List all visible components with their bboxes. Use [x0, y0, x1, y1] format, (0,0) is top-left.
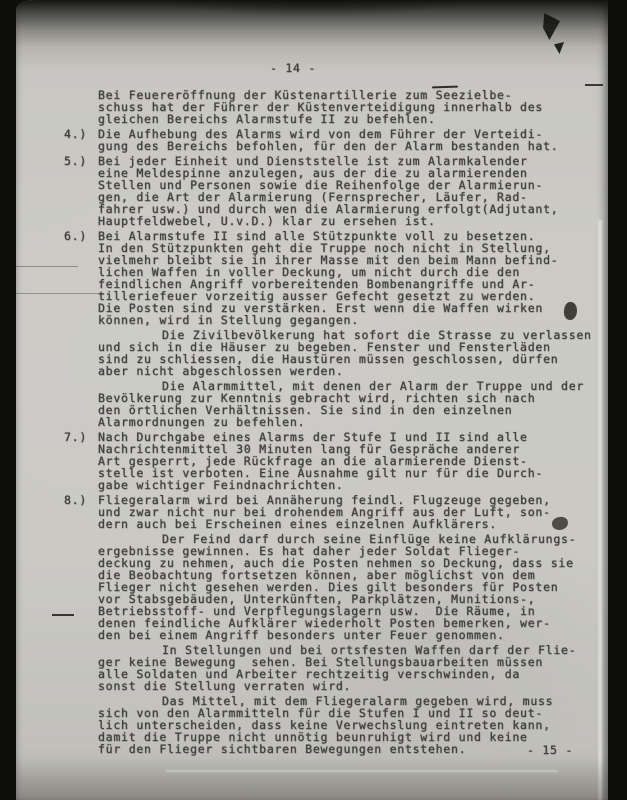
- text-line: können, wird in Stellung gegangen.: [98, 314, 590, 326]
- text-line: aber nicht abgeschlossen werden.: [98, 365, 590, 377]
- scan-shadow-top-dark: [106, 0, 526, 54]
- paper-page: - 14 - Bei Feuereröffnung der Küstenarti…: [16, 0, 608, 800]
- text-line: Alarmordnungen zu befehlen.: [98, 416, 590, 428]
- text-line: dern auch bei Erscheinen eines einzelnen…: [98, 518, 590, 530]
- paragraph: Der Feind darf durch seine Einflüge kein…: [98, 533, 590, 641]
- text-line: Hauptfeldwebel, U.v.D.) klar zu ersehen …: [98, 215, 590, 227]
- scan-artifact-line: [16, 266, 78, 267]
- text-line: gabe wichtiger Feindnachrichten.: [98, 479, 590, 491]
- numbered-item: 7.)Nach Durchgabe eines Alarms der Stufe…: [98, 431, 590, 491]
- numbered-item: 6.)Bei Alarmstufe II sind alle Stützpunk…: [98, 230, 590, 326]
- numbered-item: 8.)Fliegeralarm wird bei Annäherung fein…: [98, 494, 590, 530]
- text-line: gung des Bereichs befohlen, für den der …: [98, 140, 590, 152]
- scan-artifact-line: [16, 293, 104, 294]
- text-line: sonst die Stellung verraten wird.: [98, 680, 590, 692]
- paragraph: Die Zivilbevölkerung hat sofort die Stra…: [98, 329, 590, 377]
- item-marker: 5.): [64, 155, 87, 167]
- paragraph: In Stellungen und bei ortsfesten Waffen …: [98, 644, 590, 692]
- numbered-item: 5.)Bei jeder Einheit und Dienststelle is…: [98, 155, 590, 227]
- scan-shadow-bottom: [16, 758, 608, 800]
- paper-edge-highlight: [598, 220, 602, 800]
- item-marker: 6.): [64, 230, 87, 242]
- paragraph: Die Alarmmittel, mit denen der Alarm der…: [98, 380, 590, 428]
- document-body: Bei Feuereröffnung der Küstenartillerie …: [98, 89, 590, 758]
- text-line: den bei einem Angriff besonders unter Fe…: [98, 629, 590, 641]
- text-line: für den Flieger sichtbaren Bewegungen en…: [98, 743, 590, 755]
- page-number-footer: - 15 -: [527, 744, 573, 756]
- text-line: gleichen Bereichs Alarmstufe II zu befeh…: [98, 113, 590, 125]
- stray-pen-mark: [52, 614, 74, 616]
- item-marker: 4.): [64, 128, 87, 140]
- item-marker: 7.): [64, 431, 87, 443]
- numbered-item: 4.)Die Aufhebung des Alarms wird von dem…: [98, 128, 590, 152]
- paragraph: Das Mittel, mit dem Fliegeralarm gegeben…: [98, 695, 590, 755]
- stray-pen-mark: [585, 84, 603, 86]
- scanned-document: - 14 - Bei Feuereröffnung der Küstenarti…: [0, 0, 627, 800]
- paragraph: Bei Feuereröffnung der Küstenartillerie …: [98, 89, 590, 125]
- item-marker: 8.): [64, 494, 87, 506]
